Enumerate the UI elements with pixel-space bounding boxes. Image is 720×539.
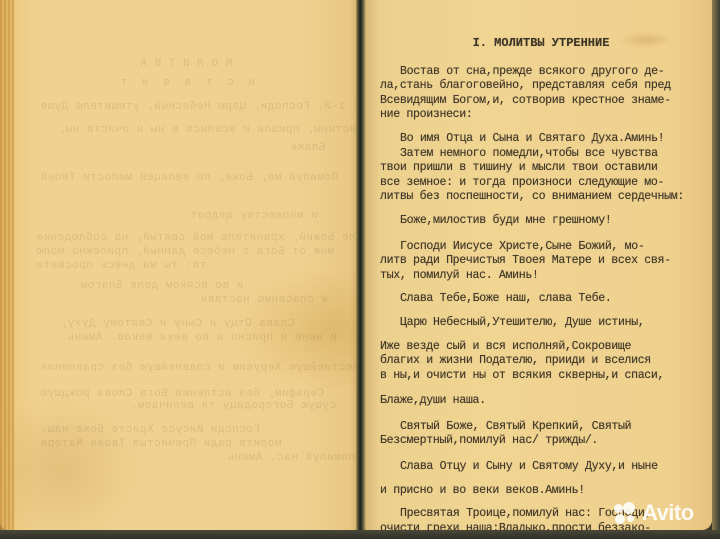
text-line: Господи Иисусе Христе,Сыне Божий, мо- [380, 240, 702, 255]
bleed-line: и с т а в и т [120, 77, 255, 89]
typewritten-text: I. МОЛИТВЫ УТРЕННИЕ Востав от сна,прежде… [380, 36, 702, 536]
bleed-line: и ныне и присно и во веки веков. Аминь. [60, 332, 337, 344]
avito-logo-icon [614, 502, 638, 524]
open-booklet: М О Л И Т В А и с т а в и т Глас 1-й. Го… [0, 0, 720, 532]
page-edges [0, 0, 14, 530]
text-line: тых, помилуй нас. Аминь! [380, 269, 702, 284]
page-right-edge [712, 0, 720, 532]
bleed-line: Честнейшую Херувим и славнейшую без срав… [40, 362, 360, 374]
text-line: благих и жизни Подателю, прииди и вселис… [380, 354, 702, 369]
table-surface [0, 530, 720, 539]
text-line: Во имя Отца и Сына и Святаго Духа.Аминь! [380, 132, 702, 147]
bleed-line: Глас 1-й. Господи, Царю Небесный, утешит… [40, 101, 381, 113]
text-line: Иже везде сый и вся исполняй,Сокровище [380, 340, 702, 355]
section-heading: I. МОЛИТВЫ УТРЕННИЕ [380, 36, 702, 51]
text-line: Затем немного помедли,чтобы все чувства [380, 147, 702, 162]
right-page: I. МОЛИТВЫ УТРЕННИЕ Востав от сна,прежде… [366, 0, 712, 530]
bleed-line: Господи Иисусе Христе Боже наш, [40, 424, 260, 436]
text-line: литв ради Пречистыя Твоея Матере и всех … [380, 254, 702, 269]
bleed-line: Блаже [290, 142, 326, 154]
bleed-line: М О Л И Т В А [140, 58, 232, 70]
avito-wordmark: Avito [642, 500, 694, 526]
bleed-line: мне от Бога с небесе данный, прилежно мо… [36, 246, 334, 258]
bleed-line: тя: ты мя днесь просвети [36, 260, 206, 272]
text-line: в ны,и очисти ны от всякия скверны,и спа… [380, 369, 702, 384]
bleed-line: сущую Богородицу тя величаем. [130, 400, 336, 412]
text-line: ние произнеси: [380, 108, 702, 123]
text-line: Безсмертный,помилуй нас/ трижды/. [380, 434, 702, 449]
text-line: Слава Отцу и Сыну и Святому Духу,и ныне [380, 460, 702, 475]
bleed-line: к спасению настави [200, 294, 328, 306]
bleed-line: истины, пришли и вселися в ны и очисти н… [58, 124, 356, 136]
bleed-line: Слава Отцу и Сыну и Святому Духу, [60, 318, 294, 330]
avito-watermark: Avito [614, 500, 694, 526]
bleed-line: и множеству щедрот [190, 210, 318, 222]
text-line: Боже,милостив буди мне грешному! [380, 214, 702, 229]
bleed-line: помилуй нас. Аминь. [220, 452, 355, 464]
bleed-line: молитв ради Пречистыя Твоея Матере [40, 438, 281, 450]
book-spine [356, 0, 366, 532]
text-line: ла,стань благоговейно, представляя себя … [380, 79, 702, 94]
text-line: Блаже,души наша. [380, 394, 702, 409]
bleed-line: и во всяком деле благом [80, 280, 243, 292]
bleed-line: Ангеле Божий, хранителю мой святый, на с… [36, 232, 384, 244]
bleed-line: Серафим, без истления Бога Слова рождшую [40, 388, 324, 400]
left-page: М О Л И Т В А и с т а в и т Глас 1-й. Го… [0, 0, 356, 530]
bleed-line: Помилуй мя, Боже, по велицей милости Тво… [40, 172, 338, 184]
text-line: Слава Тебе,Боже наш, слава Тебе. [380, 292, 702, 307]
text-line: Святый Боже, Святый Крепкий, Святый [380, 420, 702, 435]
text-line: Востав от сна,прежде всякого другого де- [380, 65, 702, 80]
text-line: твои пришли в тишину и мысли твои остави… [380, 161, 702, 176]
text-line: и присно и во веки веков.Аминь! [380, 484, 702, 499]
text-line: Царю Небесный,Утешителю, Душе истины, [380, 316, 702, 331]
text-line: Всевидящим Богом,и, сотворив крестное зн… [380, 94, 702, 109]
text-line: литвы без поспешности, со вниманием серд… [380, 190, 702, 205]
text-line: все земное: и тогда произноси следующие … [380, 176, 702, 191]
